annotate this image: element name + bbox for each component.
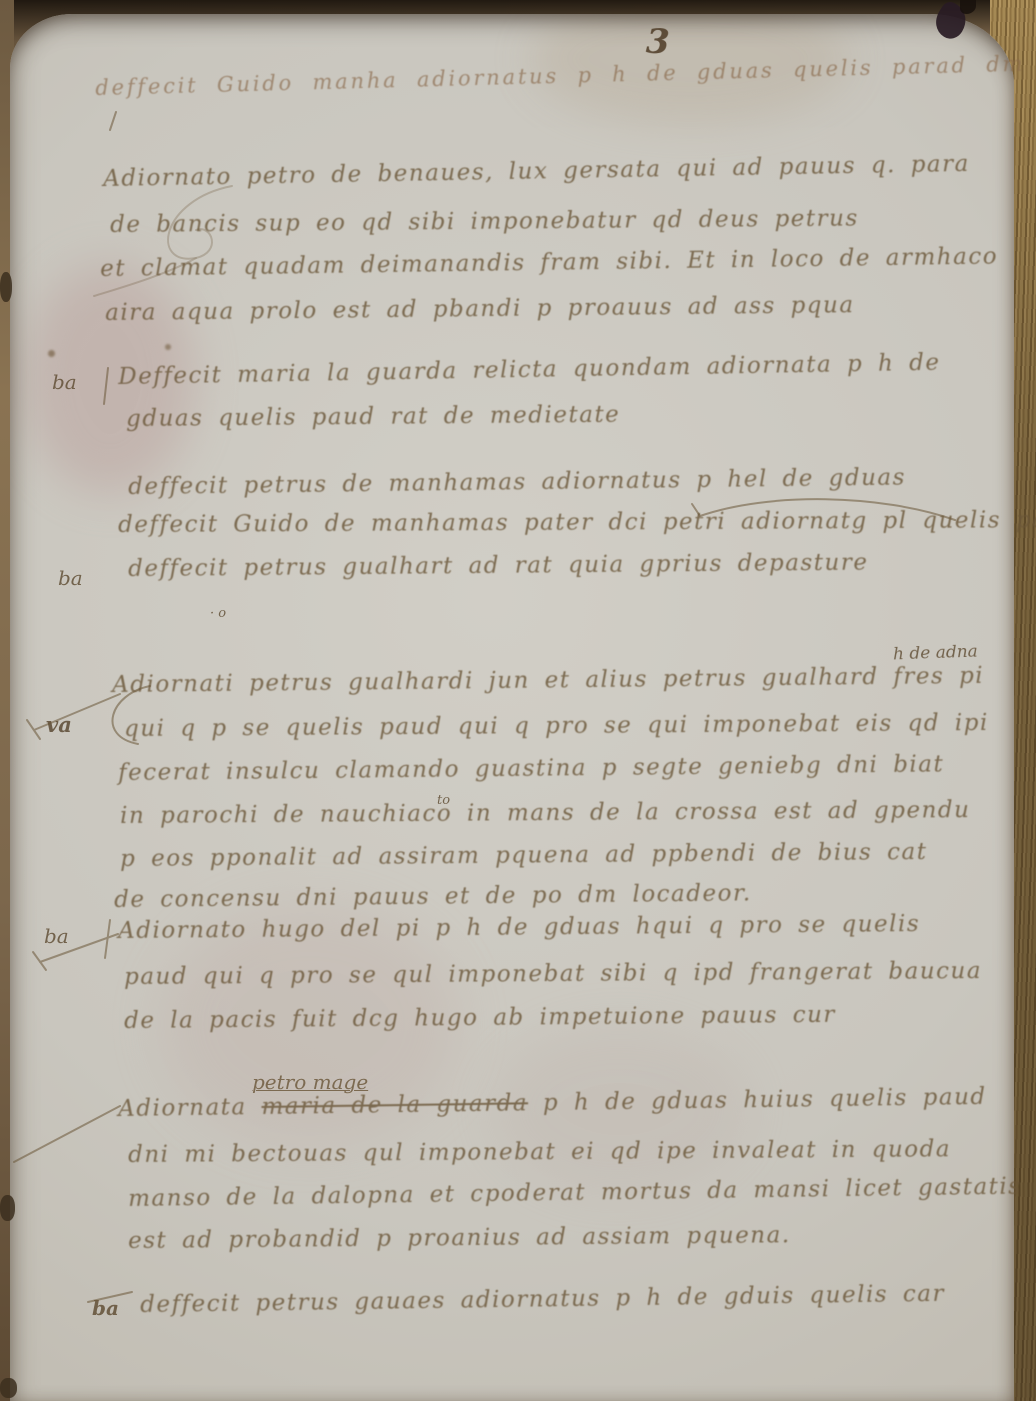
manuscript-line: gduas quelis paud rat de medietate [126,402,620,432]
manuscript-line: deffecit Guido de manhamas pater dci pet… [118,507,1036,538]
ink-speck [48,350,55,357]
interline-addition: petro mage [252,1070,368,1094]
line-pre: Adiornata [118,1094,262,1122]
superscript-mark: to [437,793,450,808]
binding-stitch [0,1195,15,1221]
margin-annotation: va [46,712,72,737]
margin-annotation: ba [44,924,69,948]
struck-text: maria de la guarda [261,1090,528,1120]
ink-speck [165,344,171,350]
margin-annotation: ba [92,1296,119,1320]
margin-annotation: ba [52,370,77,394]
binding-stitch [0,1378,17,1398]
separator-mark: · o [210,606,226,621]
manuscript-photo: 3 deffecit Guido manha adiornatus p h de… [0,0,1036,1401]
margin-annotation: ba [58,566,83,590]
binding-knot [0,272,12,302]
folio-number: 3 [645,22,670,63]
ink-blot [960,0,976,14]
interline-note: h de adna [893,642,978,665]
